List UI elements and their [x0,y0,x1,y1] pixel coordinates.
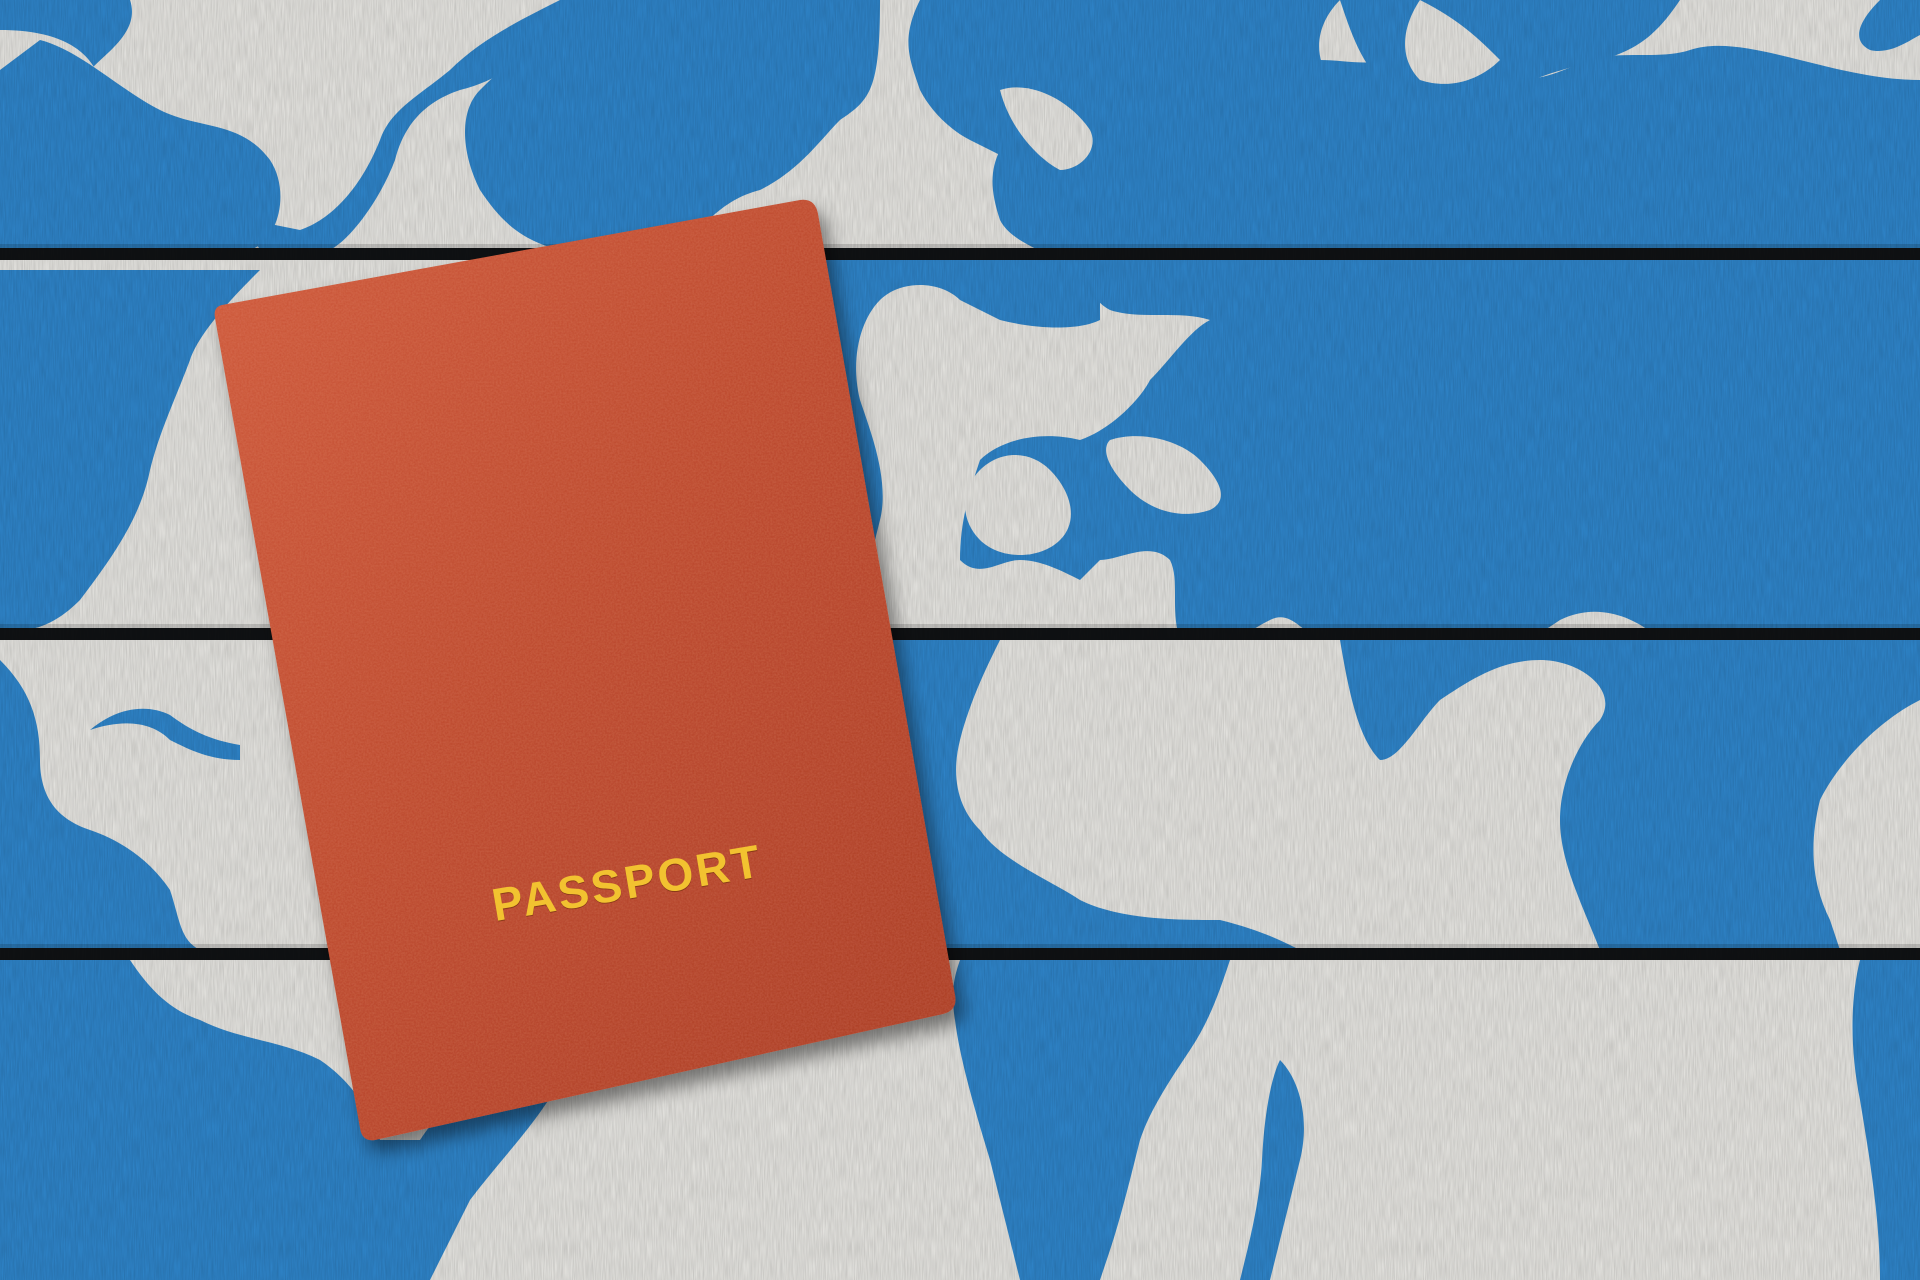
world-map-background [0,0,1920,1280]
